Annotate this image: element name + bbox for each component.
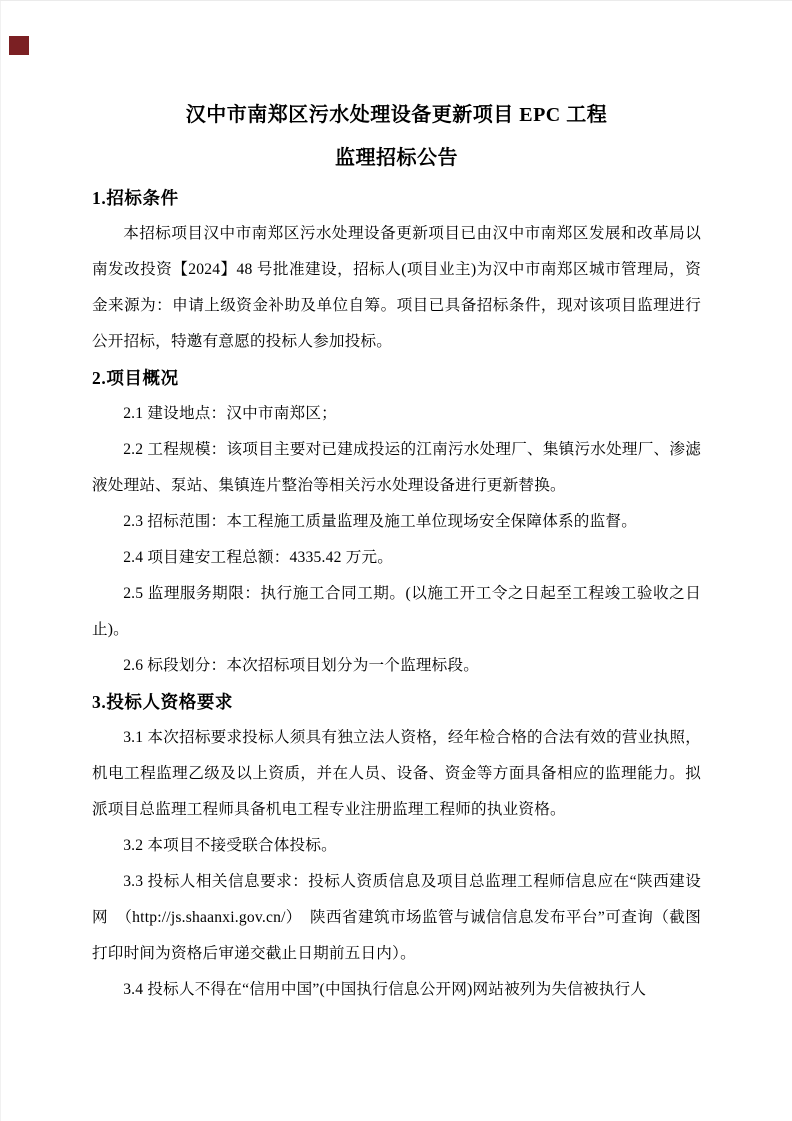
section-heading-bidder-qualification: 3.投标人资格要求 bbox=[92, 684, 701, 720]
document-title-line-2: 监理招标公告 bbox=[92, 137, 701, 180]
paragraph-project-scale: 2.2 工程规模：该项目主要对已建成投运的江南污水处理厂、集镇污水处理厂、渗滤液… bbox=[92, 432, 701, 504]
paragraph-construction-site: 2.1 建设地点：汉中市南郑区； bbox=[92, 396, 701, 432]
paragraph-qualification-requirements: 3.1 本次招标要求投标人须具有独立法人资格，经年检合格的合法有效的营业执照，机… bbox=[92, 720, 701, 828]
paragraph-project-total-amount: 2.4 项目建安工程总额：4335.42 万元。 bbox=[92, 540, 701, 576]
paragraph-credit-china-restriction: 3.4 投标人不得在“信用中国”(中国执行信息公开网)网站被列为失信被执行人 bbox=[92, 972, 701, 1008]
paragraph-bid-section-division: 2.6 标段划分：本次招标项目划分为一个监理标段。 bbox=[92, 648, 701, 684]
corner-marker bbox=[9, 36, 29, 55]
paragraph-bidder-information-requirements: 3.3 投标人相关信息要求：投标人资质信息及项目总监理工程师信息应在“陕西建设网… bbox=[92, 864, 701, 972]
document-title-line-1: 汉中市南郑区污水处理设备更新项目 EPC 工程 bbox=[92, 94, 701, 137]
section-heading-project-overview: 2.项目概况 bbox=[92, 360, 701, 396]
paragraph-supervision-service-period: 2.5 监理服务期限：执行施工合同工期。(以施工开工令之日起至工程竣工验收之日止… bbox=[92, 576, 701, 648]
document-page: 汉中市南郑区污水处理设备更新项目 EPC 工程 监理招标公告 1.招标条件 本招… bbox=[0, 0, 792, 1121]
paragraph-bidding-scope: 2.3 招标范围：本工程施工质量监理及施工单位现场安全保障体系的监督。 bbox=[92, 504, 701, 540]
paragraph-bidding-conditions: 本招标项目汉中市南郑区污水处理设备更新项目已由汉中市南郑区发展和改革局以南发改投… bbox=[92, 216, 701, 360]
section-heading-bidding-conditions: 1.招标条件 bbox=[92, 180, 701, 216]
paragraph-no-consortium: 3.2 本项目不接受联合体投标。 bbox=[92, 828, 701, 864]
document-content: 汉中市南郑区污水处理设备更新项目 EPC 工程 监理招标公告 1.招标条件 本招… bbox=[0, 0, 792, 1008]
